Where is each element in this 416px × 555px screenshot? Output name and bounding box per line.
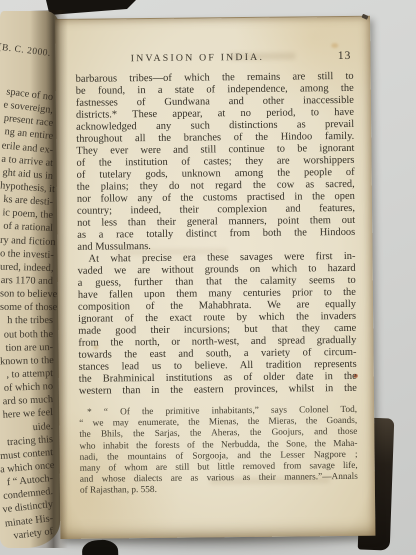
running-header: INVASION OF INDIA. bbox=[75, 50, 319, 66]
page-number: 13 bbox=[338, 50, 352, 63]
left-page: [B. C. 2000. space of noe sovereign,pres… bbox=[0, 11, 60, 548]
book-photo: [B. C. 2000. space of noe sovereign,pres… bbox=[0, 0, 416, 555]
text-line: some of those bbox=[0, 301, 53, 314]
footnote: * “ Of the primitive inhabitants,” says … bbox=[79, 405, 358, 497]
body-paragraph-2: At what precise era these savages were f… bbox=[77, 251, 356, 398]
page-content: INVASION OF INDIA. 13 barbarous tribes—o… bbox=[75, 50, 358, 497]
text-line: son to believe bbox=[0, 288, 53, 302]
text-line: h the tribes bbox=[0, 314, 53, 327]
text-line: known to the bbox=[0, 354, 53, 368]
text-line: ry and fiction bbox=[0, 233, 53, 248]
book-spine-top bbox=[46, 0, 136, 15]
left-page-text-fragments: space of noe sovereign,present raceng an… bbox=[0, 91, 53, 538]
text-line: western than in the eastern provinces, w… bbox=[79, 383, 357, 398]
page-corner-mark bbox=[361, 14, 368, 20]
text-line: ars 1170 and bbox=[0, 274, 53, 288]
text-line: tion are un- bbox=[0, 341, 53, 355]
page-header-row: INVASION OF INDIA. 13 bbox=[75, 50, 353, 66]
right-page: INVASION OF INDIA. 13 barbarous tribes—o… bbox=[55, 16, 375, 539]
text-line: out both the bbox=[0, 328, 53, 342]
body-paragraph-1: barbarous tribes—of which the remains ar… bbox=[76, 71, 356, 254]
text-line: of Rajasthan, p. 558. bbox=[80, 483, 358, 497]
foxing-spot bbox=[331, 43, 338, 48]
left-page-running-header: [B. C. 2000. bbox=[0, 43, 52, 59]
text-line: o the investi- bbox=[0, 247, 53, 262]
book-cover-bottom bbox=[82, 539, 119, 555]
text-line: ured, indeed, bbox=[0, 260, 53, 274]
